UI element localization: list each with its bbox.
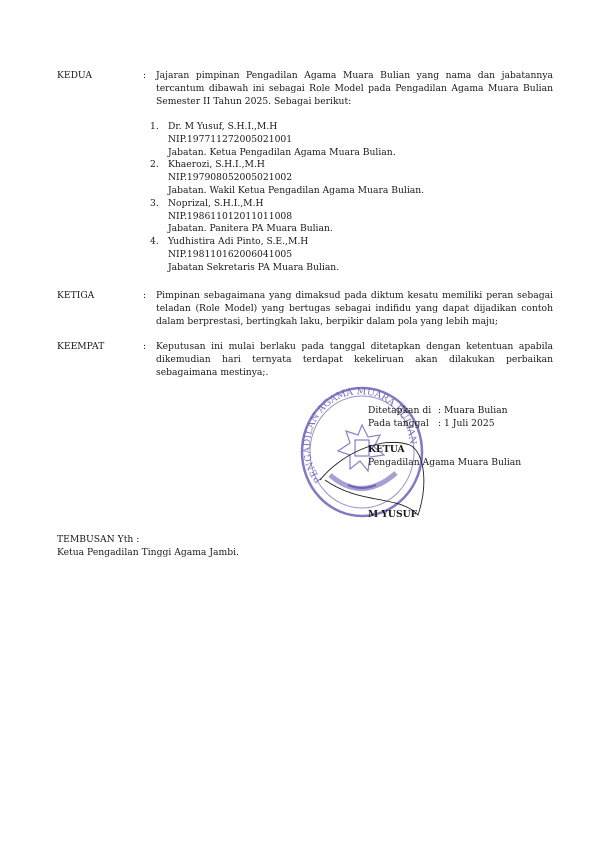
section-text: Jajaran pimpinan Pengadilan Agama Muara … — [156, 69, 553, 108]
section-text: Keputusan ini mulai berlaku pada tanggal… — [156, 340, 553, 379]
item-jabatan: Jabatan. Wakil Ketua Pengadilan Agama Mu… — [168, 185, 450, 198]
place-value: : Muara Bulian — [438, 405, 508, 416]
item-number: 3. — [150, 198, 159, 211]
section-colon: : — [143, 69, 146, 82]
tembusan-recipient: Ketua Pengadilan Tinggi Agama Jambi. — [57, 546, 239, 559]
item-number: 4. — [150, 236, 159, 249]
item-nip: NIP.198110162006041005 — [168, 249, 450, 262]
signer-institution: Pengadilan Agama Muara Bulian — [368, 456, 521, 469]
item-number: 2. — [150, 159, 159, 172]
date-value: : 1 Juli 2025 — [438, 418, 495, 429]
place-label: Ditetapkan di — [368, 404, 438, 417]
item-jabatan: Jabatan. Ketua Pengadilan Agama Muara Bu… — [168, 147, 450, 160]
item-jabatan: Jabatan Sekretaris PA Muara Bulian. — [168, 262, 450, 275]
section-label: KEDUA — [57, 69, 137, 82]
date-label: Pada tanggal — [368, 417, 438, 430]
list-item: 4.Yudhistira Adi Pinto, S.E.,M.HNIP.1981… — [150, 236, 450, 274]
section-label: KEEMPAT — [57, 340, 137, 353]
list-item: 2.Khaerozi, S.H.I.,M.HNIP.19790805200502… — [150, 159, 450, 197]
item-jabatan: Jabatan. Panitera PA Muara Bulian. — [168, 223, 450, 236]
document-page: KEDUA : Jajaran pimpinan Pengadilan Agam… — [0, 0, 595, 842]
item-nip: NIP.198611012011011008 — [168, 211, 450, 224]
section-colon: : — [143, 340, 146, 353]
list-item: 3.Noprizal, S.H.I.,M.HNIP.19861101201101… — [150, 198, 450, 236]
section-label: KETIGA — [57, 289, 137, 302]
signature-block: Ditetapkan di: Muara Bulian Pada tanggal… — [368, 404, 521, 521]
date-row: Pada tanggal: 1 Juli 2025 — [368, 417, 521, 430]
item-name: Dr. M Yusuf, S.H.I.,M.H — [168, 121, 450, 134]
list-item: 1.Dr. M Yusuf, S.H.I.,M.HNIP.19771127200… — [150, 121, 450, 159]
signer-name: M YUSUF — [368, 508, 521, 521]
role-model-list: 1.Dr. M Yusuf, S.H.I.,M.HNIP.19771127200… — [150, 121, 450, 275]
tembusan-title: TEMBUSAN Yth : — [57, 533, 239, 546]
item-nip: NIP.197908052005021002 — [168, 172, 450, 185]
place-row: Ditetapkan di: Muara Bulian — [368, 404, 521, 417]
signer-position: KETUA — [368, 443, 521, 456]
section-text: Pimpinan sebagaimana yang dimaksud pada … — [156, 289, 553, 328]
item-nip: NIP.197711272005021001 — [168, 134, 450, 147]
section-colon: : — [143, 289, 146, 302]
item-name: Khaerozi, S.H.I.,M.H — [168, 159, 450, 172]
tembusan-block: TEMBUSAN Yth : Ketua Pengadilan Tinggi A… — [57, 533, 239, 559]
item-number: 1. — [150, 121, 159, 134]
item-name: Noprizal, S.H.I.,M.H — [168, 198, 450, 211]
item-name: Yudhistira Adi Pinto, S.E.,M.H — [168, 236, 450, 249]
